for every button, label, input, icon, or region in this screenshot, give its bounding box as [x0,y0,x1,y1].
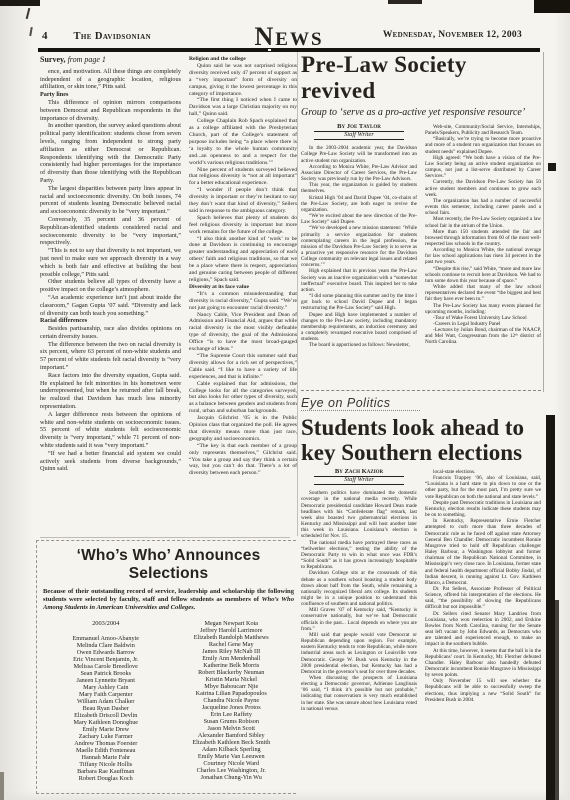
paragraph: ence, and motivation. All these things a… [40,68,181,91]
survey-column-1-text: ence, and motivation. All these things a… [40,68,181,473]
paragraph: Dr. Pat Sellers, Associate Professor of … [425,586,541,611]
paragraph: Davidson College sits at the crossroads … [301,570,417,607]
student-name: Jason Melvin Scott [169,725,295,732]
student-name: Kristin Maria Nickel [169,676,295,683]
paragraph: According to Monica White, the national … [425,247,541,265]
student-name: Chandra Nicole Payne [169,697,295,704]
paragraph: When discussing the prospects of Louisia… [301,675,417,712]
issue-date: Wednesday, November 12, 2003 [383,30,522,40]
subhead: Diversity at its face value [189,284,297,291]
whos-who-column-2: Megan Newpart KotaJeffrey Harold Larrimo… [169,620,295,782]
paragraph: Francois Trappey ’06, also of Louisiana,… [425,475,541,500]
student-name: Robert Blackerby Neuman [169,669,295,676]
paragraph: At this time, however, it seems that the… [425,648,541,679]
student-name: Eric Vincent Benjamin, Jr. [43,656,169,663]
student-name: Katrina Lilian Papadopoulos [169,690,295,697]
paragraph: Dupee and High have implemented a number… [301,312,417,343]
paragraph: “Basically, we’re trying to become more … [425,136,541,154]
names-list-right: Megan Newpart KotaJeffrey Harold Larrimo… [169,620,295,781]
scan-artifact-square [548,163,556,171]
paragraph: “If we had a better financial aid system… [40,450,181,473]
student-name: Tiffany Nicole Hollis [43,761,169,768]
paragraph: “We’ve developed a new mission statement… [301,225,417,268]
student-name: Emmanuel Amoo-Abanyie [43,635,169,642]
paragraph: Currently, the Davidson Pre-Law Society … [425,179,541,197]
paragraph: In another question, the survey asked qu… [40,122,181,184]
paragraph: Nancy Cable, Vice President and Dean of … [189,312,297,353]
student-name: Emily Marie Van Leeuwen [169,753,295,760]
student-name: Melinda Clare Baldwin [43,642,169,649]
student-name: Erin Lee Raffety [169,711,295,718]
prelaw-column-1: By Joe Taylor Staff Writer In the 2003-2… [301,124,417,376]
paragraph: Only November 15 will see whether the Re… [425,678,541,703]
paragraph: The largest disparities between party li… [40,185,181,216]
scan-artifact-bar-2 [555,600,559,800]
student-name: Barbara Rae Kauffman [43,768,169,775]
student-name: Hannah Marie Fahr [43,754,169,761]
student-name: Alexander Bamford Sibley [169,732,295,739]
paragraph: A larger difference rests between the op… [40,411,181,450]
elections-columns: By Zach Kazior Staff Writer Southern pol… [301,469,541,789]
paragraph: “This is not to say that diversity is no… [40,247,181,278]
scan-artifact-tick [26,8,31,19]
whos-who-box: ‘Who’s Who’ Announces Selections Because… [36,540,296,794]
prelaw-column-1-text: In the 2003-2004 academic year, the Davi… [301,145,417,348]
elections-byline: By Zach Kazior Staff Writer [314,469,404,485]
paragraph: Other students believe all types of dive… [40,278,181,294]
subhead: Party lines [40,91,181,99]
paragraph: “The Supreme Court this summer said that… [189,353,297,381]
student-name: Zachary Luke Farmer [43,733,169,740]
paragraph: “An academic experience isn’t just about… [40,294,181,317]
student-name: Maelle Edith Fonteneau [43,747,169,754]
paragraph: “I wonder if people don’t think that div… [189,187,297,215]
prelaw-byline: By Joe Taylor Staff Writer [314,124,404,140]
student-name: Emily Marie Drew [43,726,169,733]
paragraph: This difference of opinion mirrors compa… [40,99,181,122]
scan-artifact-tick [29,27,32,36]
paragraph: -Lectures by Julian Bond, chairman of th… [425,327,541,345]
student-name: Emily Ann Mendenhall [169,655,295,662]
paragraph: The difference between the two on racial… [40,341,181,372]
subhead: Religion and the college [189,56,297,63]
student-name: Beau Ryan Dasher [43,705,169,712]
paragraph: “It’s a common misunderstanding that div… [189,291,297,312]
paragraph: Nine percent of students surveyed believ… [189,167,297,188]
student-name: William Adam Chalker [43,698,169,705]
elections-column-1: By Zach Kazior Staff Writer Southern pol… [301,469,417,789]
paragraph: The board is apportioned as follows: New… [301,342,417,348]
elections-column-2: local-state elections.Francois Trappey ’… [425,469,541,789]
student-name: Susan Grums Robison [169,718,295,725]
paragraph: Cable explained that for admissions, the… [189,381,297,416]
paragraph: Conversely, 35 percent and 36 percent of… [40,216,181,247]
paragraph: The Pre-Law Society has many events plan… [425,303,541,315]
paragraph: White added that many of the law school … [425,284,541,302]
paragraph: “I also think another kind of ‘work’ to … [189,236,297,284]
column-rule-right [543,52,544,392]
section-divider [301,390,541,391]
scan-artifact-top-right [534,0,570,13]
student-name: Janeen Lynnette Bryant [43,677,169,684]
student-name: Mary Faith Carpenter [43,691,169,698]
paragraph: In the 2003-2004 academic year, the Davi… [301,145,417,163]
paragraph: According to Monica White, Pre-Law Advis… [301,164,417,182]
paragraph: Mill Graves ’07 of Kentucky said, “Kentu… [301,607,417,632]
paragraph: High agreed: “We both have a vision of t… [425,155,541,180]
jump-kicker: Survey, from page 1 [40,56,181,64]
student-name: Mary Kathleen Donoghue [43,719,169,726]
scan-artifact-bottom-left [0,772,4,800]
paragraph: Mill said that people would vote Democra… [301,632,417,675]
whos-who-year: 2003/2004 [43,620,169,627]
student-name: Elizabeth Randolph Matthews [169,634,295,641]
whos-who-column-1: 2003/2004 Emmanuel Amoo-AbanyieMelinda C… [43,620,169,782]
student-name: Courtney Nicole Ward [169,760,295,767]
prelaw-columns: By Joe Taylor Staff Writer In the 2003-2… [301,124,541,376]
student-name: Megan Newpart Kota [169,620,295,627]
newspaper-page: 4 The Davidsonian NEWS Wednesday, Novemb… [0,0,570,800]
student-name: Elizabeth Driscoll Devlin [43,712,169,719]
student-name: Jeffrey Harold Larrimore [169,627,295,634]
survey-column-2: Religion and the collegeQuinn said he wa… [189,56,297,538]
student-name: Charles Lee Washington, Jr. [169,767,295,774]
column-rule [297,52,298,536]
paragraph: Kristal High ’04 and David Dupee ’04, co… [301,195,417,213]
prelaw-deck: Group to ‘serve as a pro-active yet resp… [301,107,541,118]
prelaw-article: Pre-Law Society revived Group to ‘serve … [301,52,541,376]
masthead: 4 The Davidsonian NEWS Wednesday, Novemb… [38,22,540,46]
subhead: Racial differences [40,317,181,325]
paragraph: Despite past Democratic traditions in Lo… [425,500,541,518]
paragraph: Besides partisanship, race also divides … [40,325,181,341]
paragraph: Race factors into the diversity equation… [40,372,181,411]
paragraph: The national media have portrayed these … [301,540,417,571]
prelaw-headline: Pre-Law Society revived [301,52,541,104]
student-name: Melissa Carole Breedlove [43,663,169,670]
paragraph: “We’re excited about the new direction o… [301,213,417,225]
paragraph: “The first thing I noticed when I came t… [189,97,297,118]
elections-column-1-text: Southern politics have dominated the dom… [301,490,417,712]
paragraph: Spach believes that plenty of students d… [189,215,297,236]
byline-role: Staff Writer [314,477,404,485]
prelaw-column-2: Web-site, Community/Social Service, Inte… [425,124,541,376]
student-name: Rachel Gene May [169,641,295,648]
paragraph: In Kentucky, Representative Ernie Fletch… [425,518,541,586]
paragraph: This year, the organization is guided by… [301,182,417,194]
section-kicker: Eye on Politics [301,396,420,411]
scan-artifact-top-mid [388,0,422,4]
whos-who-intro: Because of their outstanding record of s… [43,588,294,612]
paragraph: Web-site, Community/Social Service, Inte… [425,124,541,136]
paragraph: Dr. Sellers cited Senator Mary Landrieu … [425,611,541,648]
paragraph: “The key is that each member of a group … [189,443,297,478]
student-name: Owen Edwards Barrow [43,649,169,656]
student-name: Robert Douglas Koch [43,775,169,782]
student-name: James Riley McNab III [169,648,295,655]
student-name: Mary Ashley Cain [43,684,169,691]
paragraph: “I did some planning this summer and by … [301,293,417,311]
student-name: Jonathan Chung-Yin Wu [169,774,295,781]
survey-column-1: Survey, from page 1 ence, and motivation… [40,56,181,538]
scan-artifact-top-left [0,0,40,6]
student-name: Elizabeth Kathleen Beck Smith [169,739,295,746]
elections-headline: Students look ahead to key Southern elec… [301,415,541,465]
names-list-left: Emmanuel Amoo-AbanyieMelinda Clare Baldw… [43,635,169,782]
paragraph: The organization has had a number of suc… [425,198,541,216]
student-name: Andrew Thomas Foerster [43,740,169,747]
paragraph: Most recently, the Pre-Law Society organ… [425,216,541,228]
student-name: Katherine Belk Morris [169,662,295,669]
student-name: Adam Kilback Sperling [169,746,295,753]
paragraph: More than 150 students attended the fair… [425,229,541,247]
paragraph: College Chaplain Rob Spach explained tha… [189,118,297,166]
byline-role: Staff Writer [314,132,404,140]
elections-article: Eye on Politics Students look ahead to k… [301,390,541,789]
paragraph: Jacquin Gilchrist ’05 is in the Public O… [189,415,297,443]
student-name: Mbye Baboucarr Njie [169,683,295,690]
student-name: Sean Patrick Brooks [43,670,169,677]
whos-who-columns: 2003/2004 Emmanuel Amoo-AbanyieMelinda C… [43,620,294,782]
paragraph: High explained that in previous years th… [301,268,417,293]
scan-artifact-bar [546,415,555,800]
whos-who-title: ‘Who’s Who’ Announces Selections [43,547,294,583]
survey-article: Survey, from page 1 ence, and motivation… [40,56,297,538]
paragraph: Southern politics have dominated the dom… [301,490,417,539]
paragraph: Quinn said he was not surprised religiou… [189,63,297,98]
student-name: Jacqueline Jones Protos [169,704,295,711]
paragraph: “Despite this rise,” said White, “more a… [425,266,541,284]
